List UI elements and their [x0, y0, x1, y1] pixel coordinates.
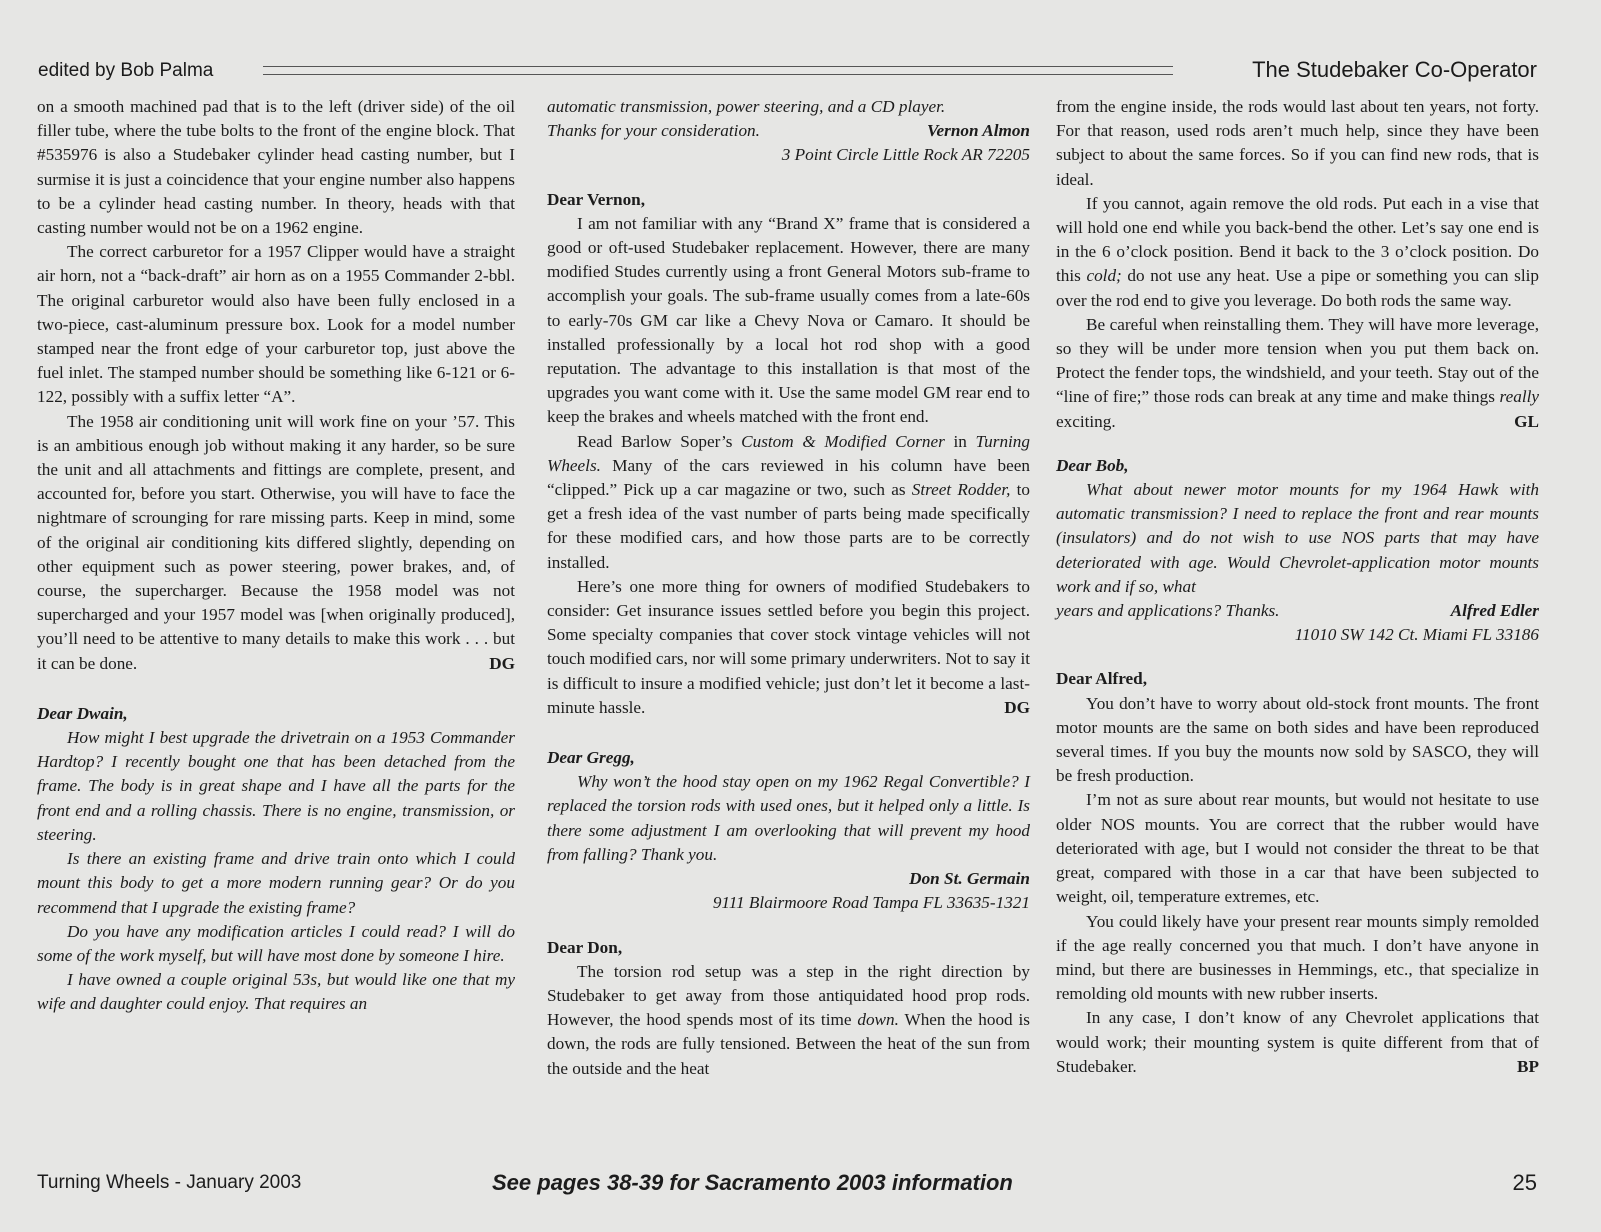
letter-paragraph: What about newer motor mounts for my 196…	[1056, 478, 1539, 599]
paragraph: The 1958 air conditioning unit will work…	[37, 410, 515, 676]
header-double-rule	[263, 66, 1173, 75]
paragraph: Here’s one more thing for owners of modi…	[547, 575, 1030, 720]
letter-paragraph: Is there an existing frame and drive tra…	[37, 847, 515, 920]
footer-notice: See pages 38-39 for Sacramento 2003 info…	[492, 1170, 1013, 1196]
letter-signature-line: years and applications? Thanks.Alfred Ed…	[1056, 599, 1539, 623]
paragraph: I’m not as sure about rear mounts, but w…	[1056, 788, 1539, 909]
letter-author-name: Don St. Germain	[547, 867, 1030, 891]
column-3: from the engine inside, the rods would l…	[1056, 95, 1539, 1079]
paragraph: The torsion rod setup was a step in the …	[547, 960, 1030, 1081]
paragraph: The correct carburetor for a 1957 Clippe…	[37, 240, 515, 409]
letter-author-address: 3 Point Circle Little Rock AR 72205	[547, 143, 1030, 167]
author-initials: DG	[974, 696, 1030, 720]
paragraph: You could likely have your present rear …	[1056, 910, 1539, 1007]
paragraph: In any case, I don’t know of any Chevrol…	[1056, 1006, 1539, 1079]
page-number: 25	[1513, 1170, 1537, 1196]
paragraph: Read Barlow Soper’s Custom & Modified Co…	[547, 430, 1030, 575]
letter-paragraph: I have owned a couple original 53s, but …	[37, 968, 515, 1016]
letter-paragraph: automatic transmission, power steering, …	[547, 95, 1030, 119]
letter-paragraph: Do you have any modification articles I …	[37, 920, 515, 968]
footer-publication: Turning Wheels - January 2003	[37, 1172, 301, 1194]
letter-author-name: Alfred Edler	[1451, 599, 1539, 623]
column-1: on a smooth machined pad that is to the …	[37, 95, 515, 1017]
letter-salutation: Dear Dwain,	[37, 702, 515, 726]
paragraph: I am not familiar with any “Brand X” fra…	[547, 212, 1030, 430]
letter-author-address: 11010 SW 142 Ct. Miami FL 33186	[1056, 623, 1539, 647]
letter-salutation: Dear Gregg,	[547, 746, 1030, 770]
paragraph: If you cannot, again remove the old rods…	[1056, 192, 1539, 313]
letter-author-name: Vernon Almon	[927, 119, 1030, 143]
letter-author-address: 9111 Blairmoore Road Tampa FL 33635-1321	[547, 891, 1030, 915]
reply-salutation: Dear Vernon,	[547, 188, 1030, 212]
reply-salutation: Dear Don,	[547, 936, 1030, 960]
header-column-title: The Studebaker Co-Operator	[1252, 57, 1537, 83]
letter-salutation: Dear Bob,	[1056, 454, 1539, 478]
author-initials: GL	[1484, 410, 1539, 434]
letter-signature-line: Thanks for your consideration.Vernon Alm…	[547, 119, 1030, 143]
reply-salutation: Dear Alfred,	[1056, 667, 1539, 691]
letter-paragraph: How might I best upgrade the drivetrain …	[37, 726, 515, 847]
author-initials: DG	[459, 652, 515, 676]
column-2: automatic transmission, power steering, …	[547, 95, 1030, 1081]
paragraph: You don’t have to worry about old-stock …	[1056, 692, 1539, 789]
author-initials: BP	[1487, 1055, 1539, 1079]
paragraph: from the engine inside, the rods would l…	[1056, 95, 1539, 192]
paragraph: on a smooth machined pad that is to the …	[37, 95, 515, 240]
letter-paragraph: Why won’t the hood stay open on my 1962 …	[547, 770, 1030, 867]
header-editor-credit: edited by Bob Palma	[38, 60, 213, 82]
paragraph: Be careful when reinstalling them. They …	[1056, 313, 1539, 434]
